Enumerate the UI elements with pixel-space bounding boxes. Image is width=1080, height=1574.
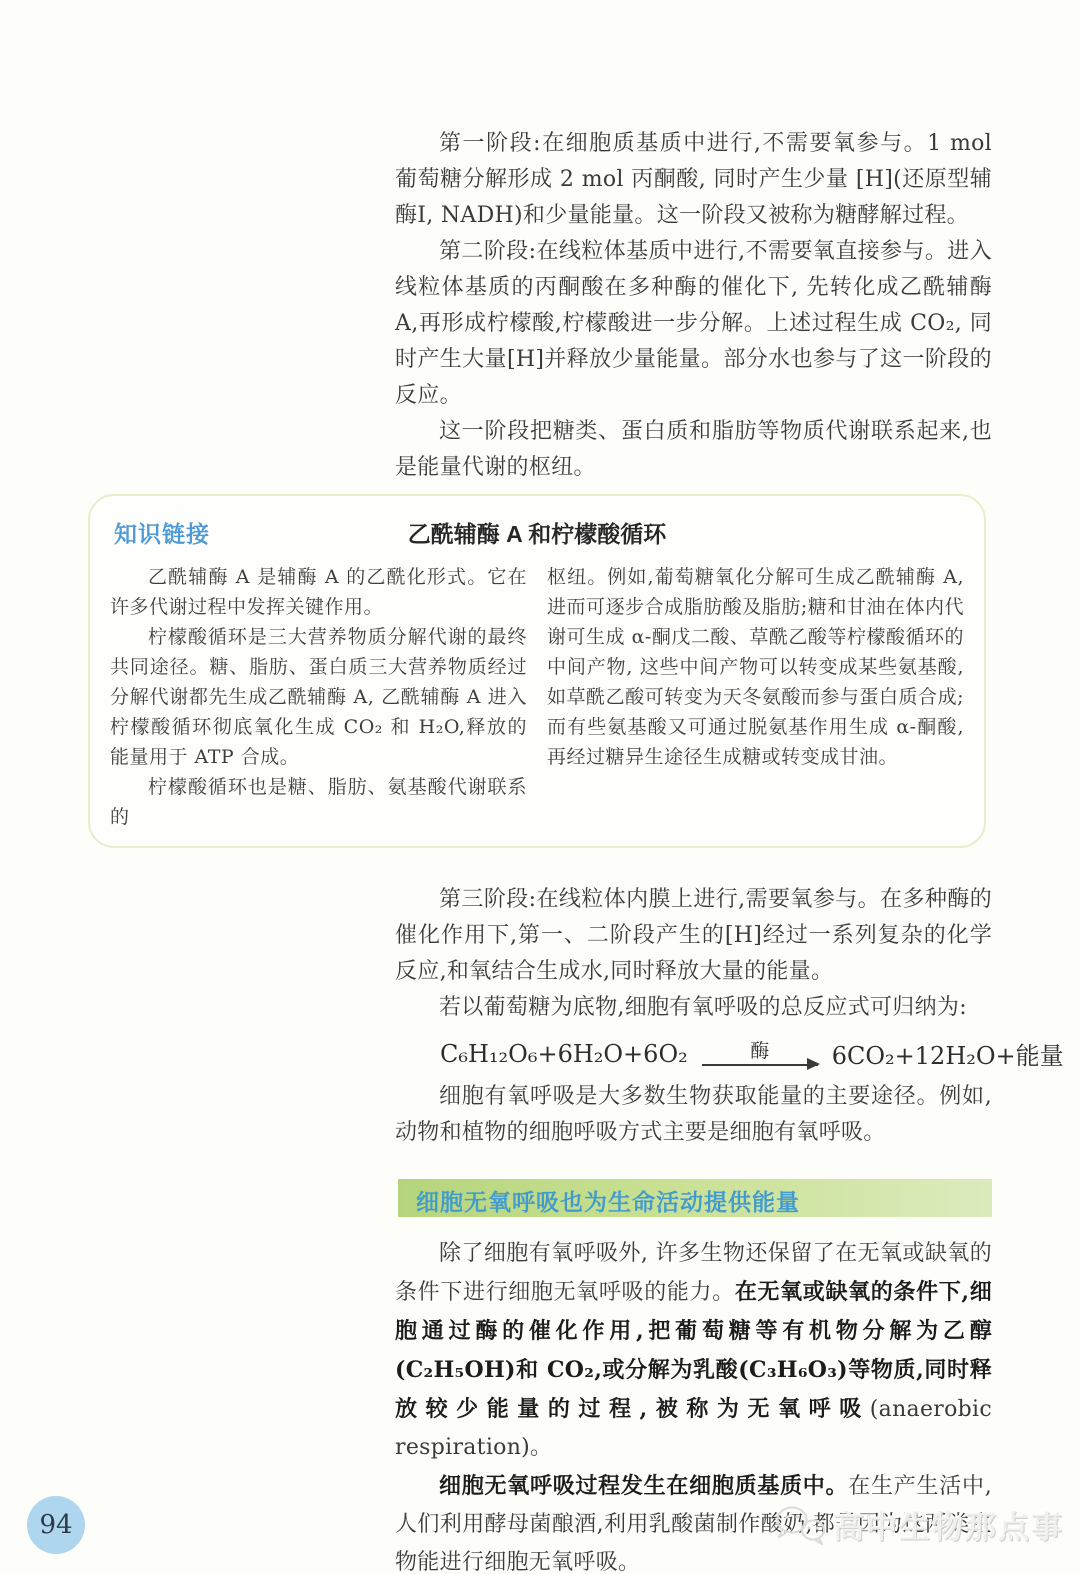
equation-reactants: C₆H₁₂O₆+6H₂O+6O₂ (440, 1040, 688, 1068)
knowledge-link-box: 知识链接 乙酰辅酶 A 和柠檬酸循环 乙酰辅酶 A 是辅酶 A 的乙酰化形式。它… (88, 494, 986, 848)
kbox-paragraph: 乙酰辅酶 A 是辅酶 A 的乙酰化形式。它在许多代谢过程中发挥关键作用。 (110, 562, 527, 622)
paragraph-stage3: 第三阶段:在线粒体内膜上进行,需要氧参与。在多种酶的催化作用下,第一、二阶段产生… (395, 882, 992, 990)
paragraph-stage2: 第二阶段:在线粒体基质中进行,不需要氧直接参与。进入线粒体基质的丙酮酸在多种酶的… (395, 234, 992, 414)
publisher-watermark: 高中生物那点事 (773, 1502, 1064, 1547)
knowledge-box-title: 乙酰辅酶 A 和柠檬酸循环 (110, 510, 964, 549)
enzyme-label: 酶 (750, 1041, 769, 1061)
section-header-anaerobic: 细胞无氧呼吸也为生命活动提供能量 (398, 1179, 992, 1217)
paragraph-anaerobic-definition: 除了细胞有氧呼吸外, 许多生物还保留了在无氧或缺氧的条件下进行细胞无氧呼吸的能力… (395, 1235, 992, 1467)
wechat-icon (773, 1504, 827, 1546)
reaction-arrow: 酶 (702, 1041, 818, 1066)
paragraph-stage2-summary: 这一阶段把糖类、蛋白质和脂肪等物质代谢联系起来,也是能量代谢的枢纽。 (395, 414, 992, 486)
main-text-column: 细胞有氧呼吸是大多数生物获取能量的主要途径。例如,动物和植物的细胞呼吸方式主要是… (395, 1079, 992, 1151)
section-header-title: 细胞无氧呼吸也为生命活动提供能量 (416, 1189, 800, 1215)
knowledge-link-label: 知识链接 (114, 516, 210, 549)
textbook-page: 第一阶段:在细胞质基质中进行,不需要氧参与。1 mol 葡萄糖分解形成 2 mo… (0, 0, 1080, 1574)
equation-products: 6CO₂+12H₂O+能量 (832, 1036, 1064, 1071)
paragraph-equation-intro: 若以葡萄糖为底物,细胞有氧呼吸的总反应式可归纳为: (395, 990, 992, 1026)
knowledge-box-left-column: 乙酰辅酶 A 是辅酶 A 的乙酰化形式。它在许多代谢过程中发挥关键作用。 柠檬酸… (110, 562, 527, 832)
page-number: 94 (39, 1510, 72, 1540)
watermark-text: 高中生物那点事 (833, 1502, 1064, 1547)
kbox-paragraph: 柠檬酸循环也是糖、脂肪、氨基酸代谢联系的 (110, 772, 527, 832)
main-text-column: 第三阶段:在线粒体内膜上进行,需要氧参与。在多种酶的催化作用下,第一、二阶段产生… (395, 882, 992, 1026)
kbox-paragraph: 枢纽。例如,葡萄糖氧化分解可生成乙酰辅酶 A,进而可逐步合成脂肪酸及脂肪;糖和甘… (547, 562, 964, 772)
aerobic-respiration-equation: C₆H₁₂O₆+6H₂O+6O₂ 酶 6CO₂+12H₂O+能量 (440, 1036, 1080, 1071)
page-number-badge: 94 (27, 1496, 85, 1554)
paragraph-stage1: 第一阶段:在细胞质基质中进行,不需要氧参与。1 mol 葡萄糖分解形成 2 mo… (395, 126, 992, 234)
paragraph-aerobic-summary: 细胞有氧呼吸是大多数生物获取能量的主要途径。例如,动物和植物的细胞呼吸方式主要是… (395, 1079, 992, 1151)
knowledge-box-right-column: 枢纽。例如,葡萄糖氧化分解可生成乙酰辅酶 A,进而可逐步合成脂肪酸及脂肪;糖和甘… (547, 562, 964, 832)
knowledge-box-columns: 乙酰辅酶 A 是辅酶 A 的乙酰化形式。它在许多代谢过程中发挥关键作用。 柠檬酸… (110, 562, 964, 832)
main-text-column: 第一阶段:在细胞质基质中进行,不需要氧参与。1 mol 葡萄糖分解形成 2 mo… (395, 126, 992, 486)
knowledge-box-header: 知识链接 乙酰辅酶 A 和柠檬酸循环 (110, 510, 964, 554)
arrow-icon (702, 1064, 818, 1066)
text-segment-bold: 细胞无氧呼吸过程发生在细胞质基质中。 (439, 1473, 848, 1499)
kbox-paragraph: 柠檬酸循环是三大营养物质分解代谢的最终共同途径。糖、脂肪、蛋白质三大营养物质经过… (110, 622, 527, 772)
